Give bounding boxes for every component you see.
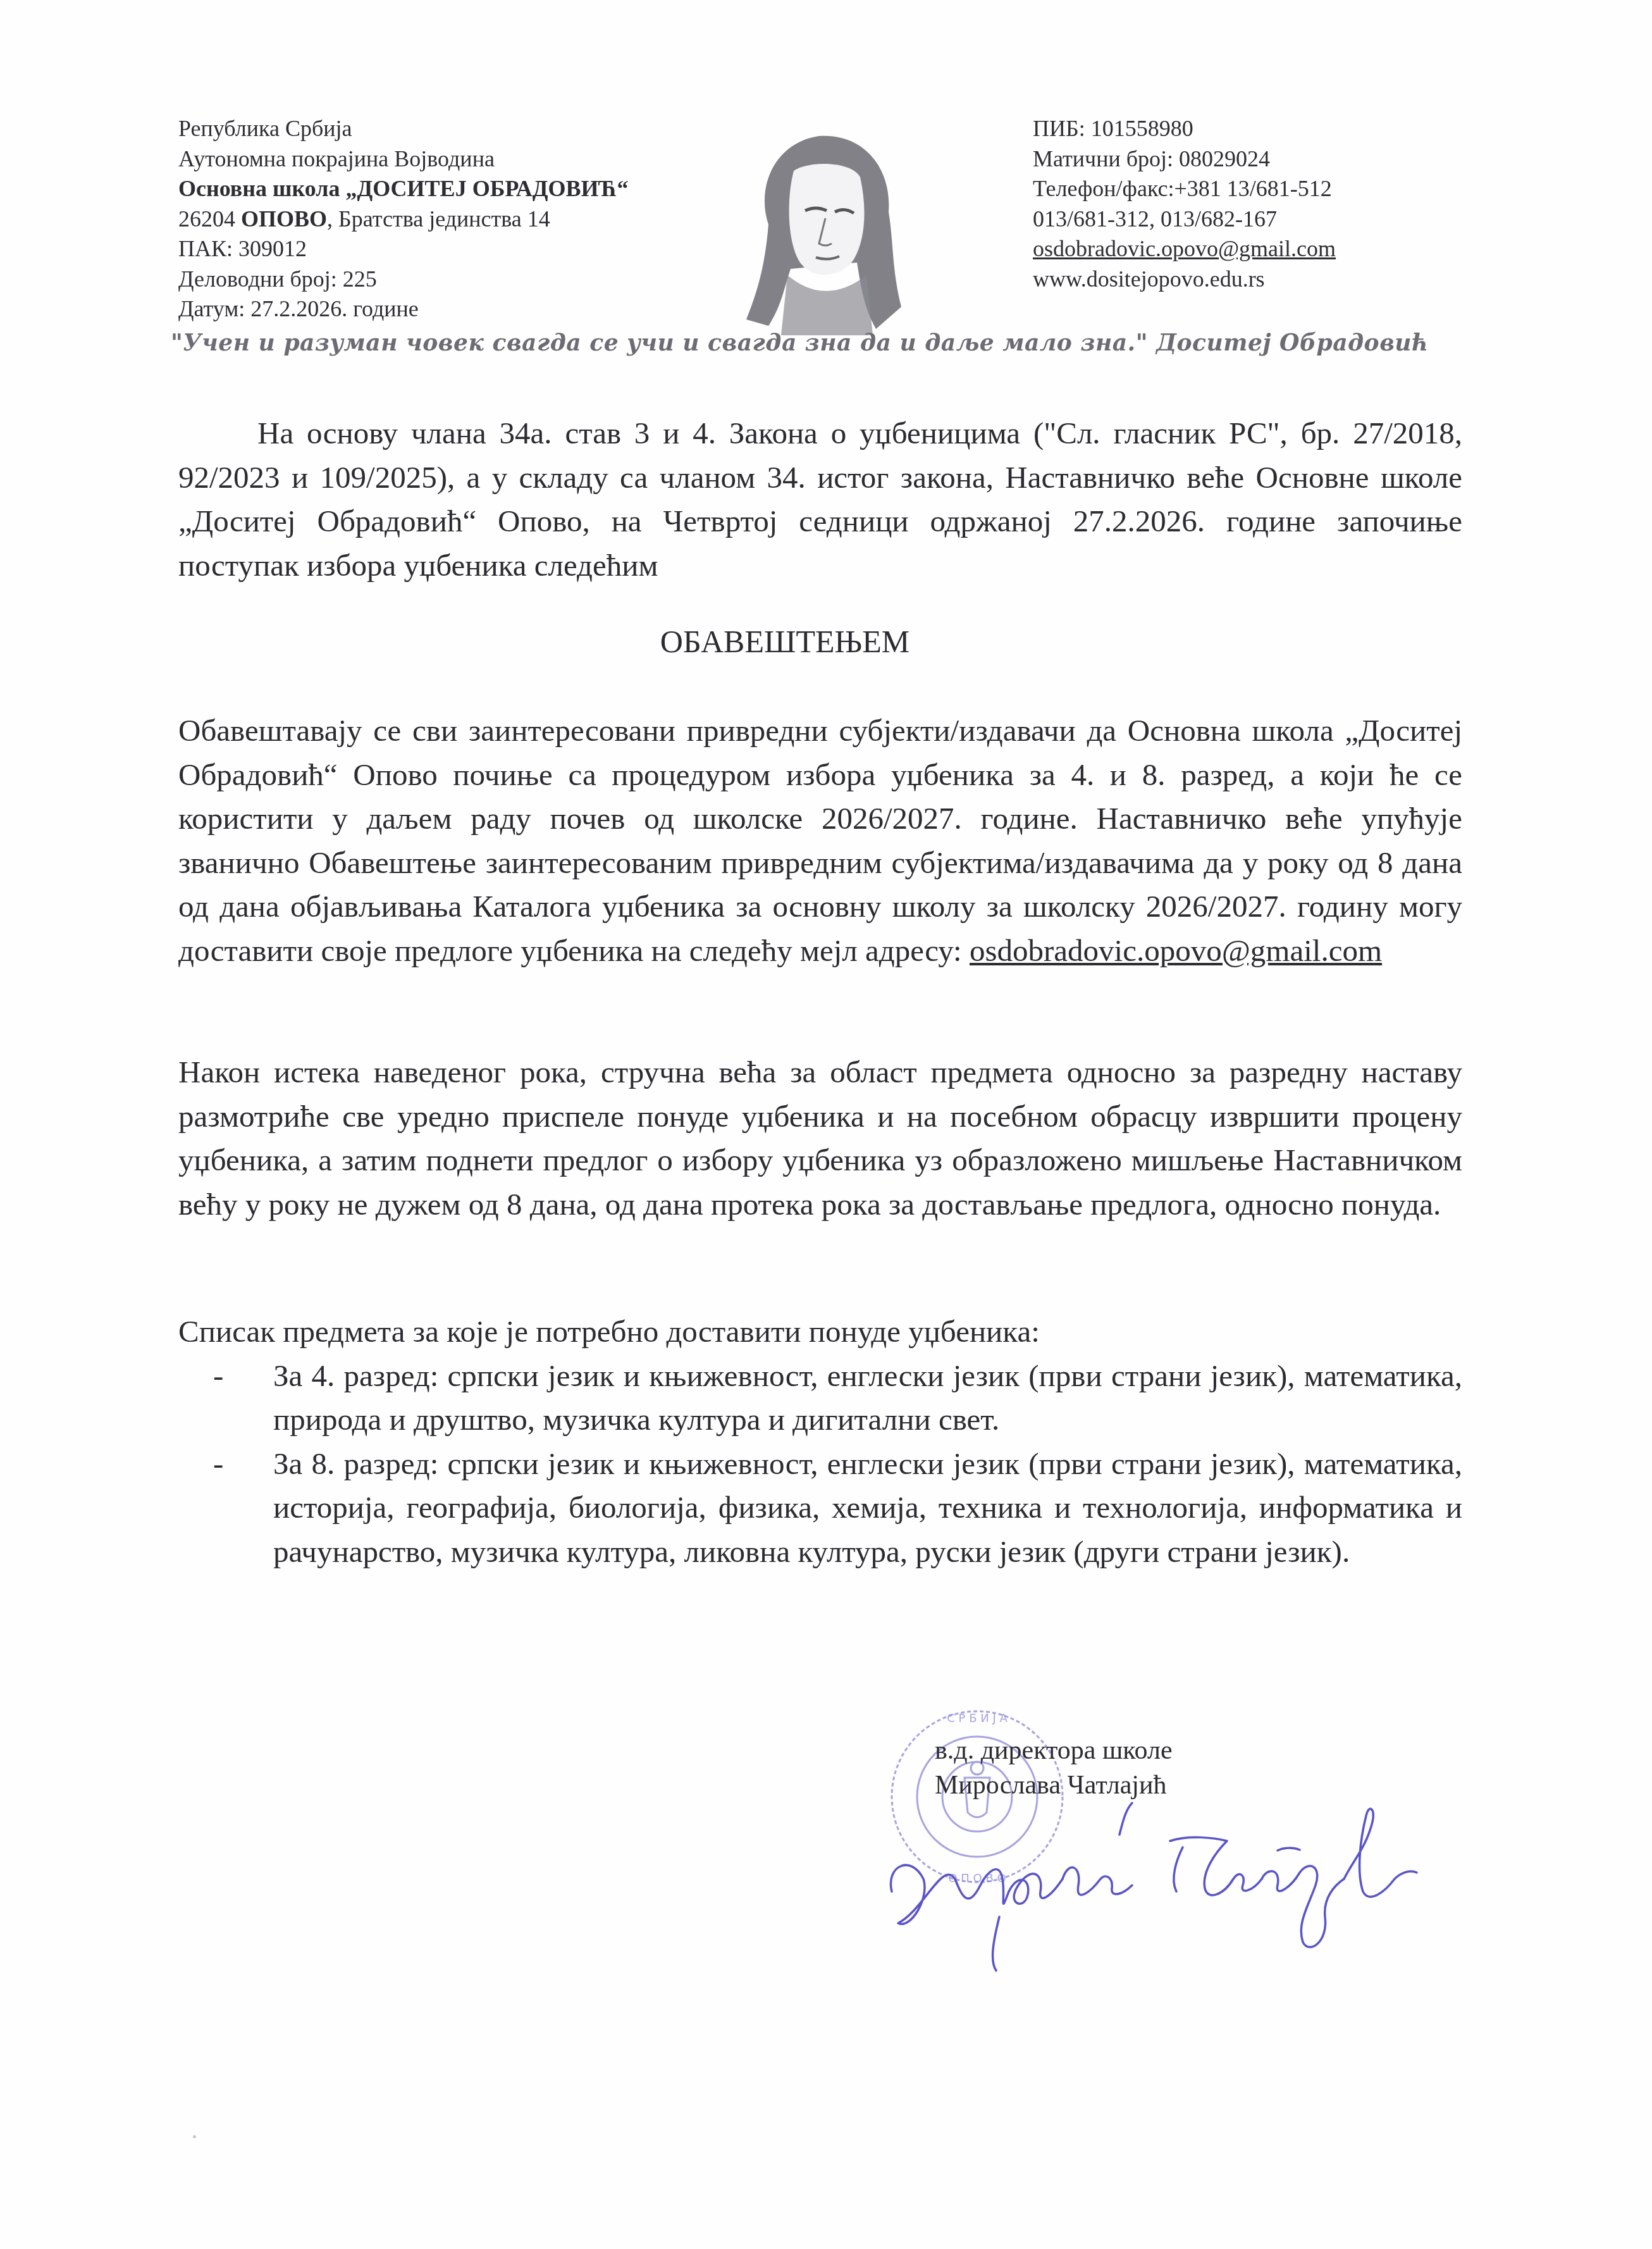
notice-text: Обавештавају се сви заинтересовани привр… bbox=[178, 713, 1462, 968]
document-page: Република Србија Аутономна покрајина Вој… bbox=[0, 0, 1652, 2249]
list-intro: Списак предмета за које је потребно дост… bbox=[178, 1310, 1462, 1354]
pib: ПИБ: 101558980 bbox=[1033, 114, 1336, 144]
subjects-list: -За 4. разред: српски језик и књижевност… bbox=[178, 1354, 1462, 1574]
list-item: -За 8. разред: српски језик и књижевност… bbox=[178, 1442, 1462, 1574]
phone-fax: Телефон/факс:+381 13/681-512 bbox=[1033, 174, 1336, 204]
list-item-text: За 8. разред: српски језик и књижевност,… bbox=[273, 1446, 1462, 1569]
document-date: Датум: 27.2.2026. године bbox=[178, 294, 628, 325]
country: Република Србија bbox=[178, 114, 628, 144]
province: Аутономна покрајина Војводина bbox=[178, 144, 628, 175]
dash-bullet-icon: - bbox=[213, 1442, 223, 1486]
reference-number: Деловодни број: 225 bbox=[178, 264, 628, 295]
letterhead-left: Република Србија Аутономна покрајина Вој… bbox=[178, 114, 628, 325]
list-item: -За 4. разред: српски језик и књижевност… bbox=[178, 1354, 1462, 1442]
portrait-image bbox=[730, 117, 914, 335]
procedure-paragraph: Након истека наведеног рока, стручна већ… bbox=[178, 1050, 1462, 1226]
notice-paragraph: Обавештавају се сви заинтересовани привр… bbox=[178, 709, 1462, 972]
postal-code: 26204 bbox=[178, 206, 235, 232]
motto: "Учен и разуман човек свагда се учи и св… bbox=[171, 328, 1372, 356]
address: 26204 ОПОВО, Братства јединства 14 bbox=[178, 204, 628, 235]
street: , Братства јединства 14 bbox=[327, 206, 550, 232]
website[interactable]: www.dositejopovo.edu.rs bbox=[1033, 264, 1336, 295]
registration-number: Матични број: 08029024 bbox=[1033, 144, 1336, 175]
intro-paragraph: На основу члана 34а. став 3 и 4. Закона … bbox=[178, 411, 1462, 587]
handwritten-signature bbox=[873, 1784, 1480, 1974]
pak: ПАК: 309012 bbox=[178, 234, 628, 264]
notice-heading: ОБАВЕШТЕЊЕМ bbox=[0, 623, 1652, 660]
city: ОПОВО bbox=[241, 206, 327, 232]
dash-bullet-icon: - bbox=[213, 1354, 223, 1398]
signatory-title: в.д. директора школе bbox=[935, 1733, 1173, 1768]
list-item-text: За 4. разред: српски језик и књижевност,… bbox=[273, 1358, 1462, 1437]
svg-text:С Р Б И Ј А: С Р Б И Ј А bbox=[947, 1712, 1008, 1725]
school-name: Основна школа „ДОСИТЕЈ ОБРАДОВИЋ“ bbox=[178, 174, 628, 204]
subjects-section: Списак предмета за које је потребно дост… bbox=[178, 1310, 1462, 1573]
phones-extra: 013/681-312, 013/682-167 bbox=[1033, 204, 1336, 235]
letterhead-right: ПИБ: 101558980 Матични број: 08029024 Те… bbox=[1033, 114, 1336, 294]
scan-speck bbox=[193, 2135, 196, 2138]
email-link[interactable]: osdobradovic.opovo@gmail.com bbox=[1033, 234, 1336, 264]
notice-email-link[interactable]: osdobradovic.opovo@gmail.com bbox=[970, 933, 1382, 968]
